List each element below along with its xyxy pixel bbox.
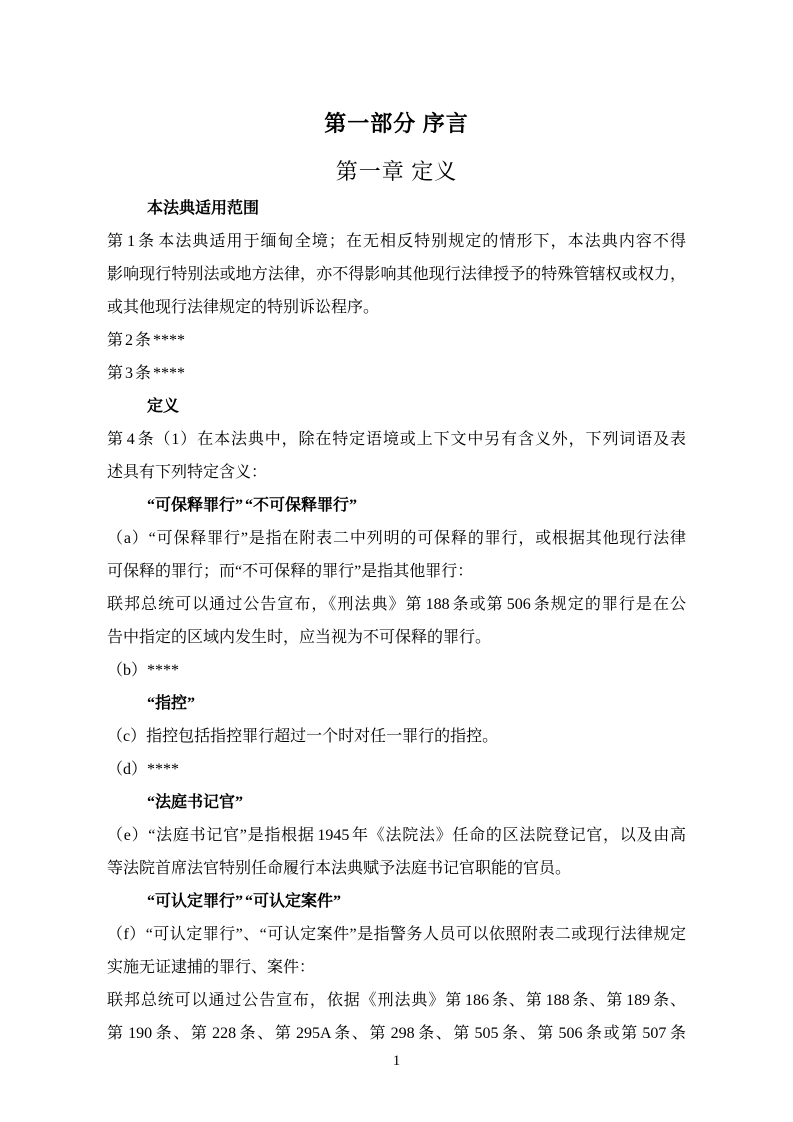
article-1-line-2: 影响现行特别法或地方法律，亦不得影响其他现行法律授予的特殊管辖权或权力，	[107, 258, 686, 291]
article-2: 第 2 条 ****	[107, 324, 686, 357]
heading-bailable-offence: “可保释罪行” “不可保释罪行”	[107, 489, 686, 522]
clause-f-line-1: （f）“可认定罪行”、“可认定案件”是指警务人员可以依照附表二或现行法律规定	[107, 918, 686, 951]
article-3: 第 3 条 ****	[107, 357, 686, 390]
clause-a-line-2: 可保释的罪行；而“不可保释的罪行”是指其他罪行：	[107, 555, 686, 588]
heading-charge: “指控”	[107, 687, 686, 720]
document-body: 本法典适用范围 第 1 条 本法典适用于缅甸全境；在无相反特别规定的情形下，本法…	[0, 192, 793, 1050]
part-title: 第一部分 序言	[0, 0, 793, 138]
clause-f-proclamation-line-2: 第 190 条、第 228 条、第 295A 条、第 298 条、第 505 条…	[107, 1017, 686, 1050]
article-4-line-2: 述具有下列特定含义：	[107, 456, 686, 489]
clause-a-proclamation-line-2: 告中指定的区域内发生时，应当视为不可保释的罪行。	[107, 621, 686, 654]
clause-b: （b）****	[107, 654, 686, 687]
clause-e-line-2: 等法院首席法官特别任命履行本法典赋予法庭书记官职能的官员。	[107, 852, 686, 885]
heading-cognizable-offence: “可认定罪行” “可认定案件”	[107, 885, 686, 918]
article-1-line-1: 第 1 条 本法典适用于缅甸全境；在无相反特别规定的情形下，本法典内容不得	[107, 225, 686, 258]
heading-clerk-of-court: “法庭书记官”	[107, 786, 686, 819]
clause-f-line-2: 实施无证逮捕的罪行、案件：	[107, 951, 686, 984]
heading-scope-of-code: 本法典适用范围	[107, 192, 686, 225]
clause-c: （c）指控包括指控罪行超过一个时对任一罪行的指控。	[107, 720, 686, 753]
document-page: 第一部分 序言 第一章 定义 本法典适用范围 第 1 条 本法典适用于缅甸全境；…	[0, 0, 793, 1122]
clause-f-proclamation-line-1: 联邦总统可以通过公告宣布，依据《刑法典》第 186 条、第 188 条、第 18…	[107, 984, 686, 1017]
clause-e-line-1: （e）“法庭书记官”是指根据 1945 年《法院法》任命的区法院登记官，以及由高	[107, 819, 686, 852]
clause-a-proclamation-line-1: 联邦总统可以通过公告宣布，《刑法典》第 188 条或第 506 条规定的罪行是在…	[107, 588, 686, 621]
clause-a-line-1: （a）“可保释罪行”是指在附表二中列明的可保释的罪行，或根据其他现行法律	[107, 522, 686, 555]
article-1-line-3: 或其他现行法律规定的特别诉讼程序。	[107, 291, 686, 324]
heading-definitions: 定义	[107, 390, 686, 423]
page-number: 1	[0, 1052, 793, 1070]
clause-d: （d）****	[107, 753, 686, 786]
article-4-line-1: 第 4 条（1）在本法典中，除在特定语境或上下文中另有含义外，下列词语及表	[107, 423, 686, 456]
chapter-title: 第一章 定义	[0, 158, 793, 186]
